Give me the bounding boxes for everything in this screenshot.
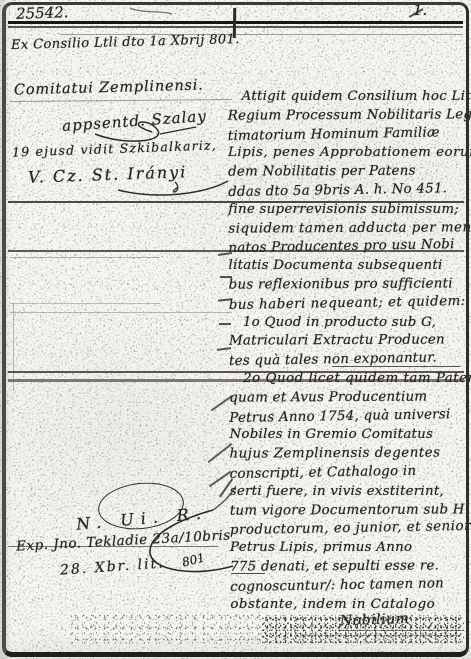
manuscript-line: Petrus Anno 1754, quà universi [229,405,464,428]
manuscript-line: productorum, eo junior, et senior [230,518,465,541]
manuscript-line: litatis Documenta subsequenti [229,257,464,276]
manuscript-line: timatorium Hominum Familiæ [228,124,463,147]
manuscript-line: 775 denati, et sepulti esse re. [230,557,465,577]
mid-rule-2-faint [10,257,160,258]
manuscript-line: conscripti, et Cathalogo in [229,462,464,485]
presentation-signature: appsentd. Szalay [62,107,208,135]
manuscript-line: Regium Processum Nobilitaris Legi [228,106,463,126]
faint-line-2 [10,312,232,313]
manuscript-line: ddas dto 5a 9bris A. h. No 451. [228,180,463,203]
manuscript-line: obstante, indem in Catalogo [230,596,465,615]
manuscript-line: natos Producentes pro usu Nobi [228,236,463,259]
expedition-note: 28. Xbr. lit. [60,555,166,578]
manuscript-line: Attigit quidem Consilium hoc Lite [228,88,463,107]
catchword: Nobilium [340,611,410,629]
address-underline [10,99,232,102]
catchword-underline-2 [300,635,460,636]
vidit-note: 19 ejusd vidit Szkibalkariz, [12,137,217,159]
manuscript-line: bus reflexionibus pro sufficienti [229,275,464,295]
docket-number: 25542. [16,3,69,23]
manuscript-line: quam et Avus Producentium [229,388,464,408]
scanned-manuscript-page: 25542. 1. Ex Consilio Ltli dto 1a Xbrij … [0,0,471,659]
manuscript-line: cognoscuntur/: hoc tamen non [230,575,465,598]
manuscript-body-column: Attigit quidem Consilium hoc Lite Regium… [228,87,466,615]
catchword-underline [338,630,463,631]
manuscript-line: 1o Quod in producto sub G, [229,314,464,333]
manuscript-line: Lipis, penes Approbationem eorun, [228,144,463,163]
manuscript-line: 2o Quod licet quidem tam Pater [229,370,464,389]
faint-line-1 [10,303,160,304]
manuscript-line: Nobiles in Gremio Comitatus [229,426,464,445]
manuscript-line: Petrus Lipis, primus Anno [230,539,465,558]
left-margin-vertical-line [13,303,14,391]
page-number: 1. [413,1,427,19]
manuscript-line: serti fuere, in vivis exstiterint, [230,483,465,502]
countersignature: V. Cz. St. Irányi [28,162,188,187]
date-line: Ex Consilio Ltli dto 1a Xbrij 801. [11,32,240,53]
manuscript-line: tes quà tales non exponantur. [229,349,464,372]
expedition-year: 801 [181,550,207,569]
manuscript-line: fine superrevisionis subimissum; [228,201,463,220]
manuscript-line: bus haberi nequeant; et quidem: [229,293,464,316]
address-line: Comitatui Zemplinensi. [14,78,204,99]
